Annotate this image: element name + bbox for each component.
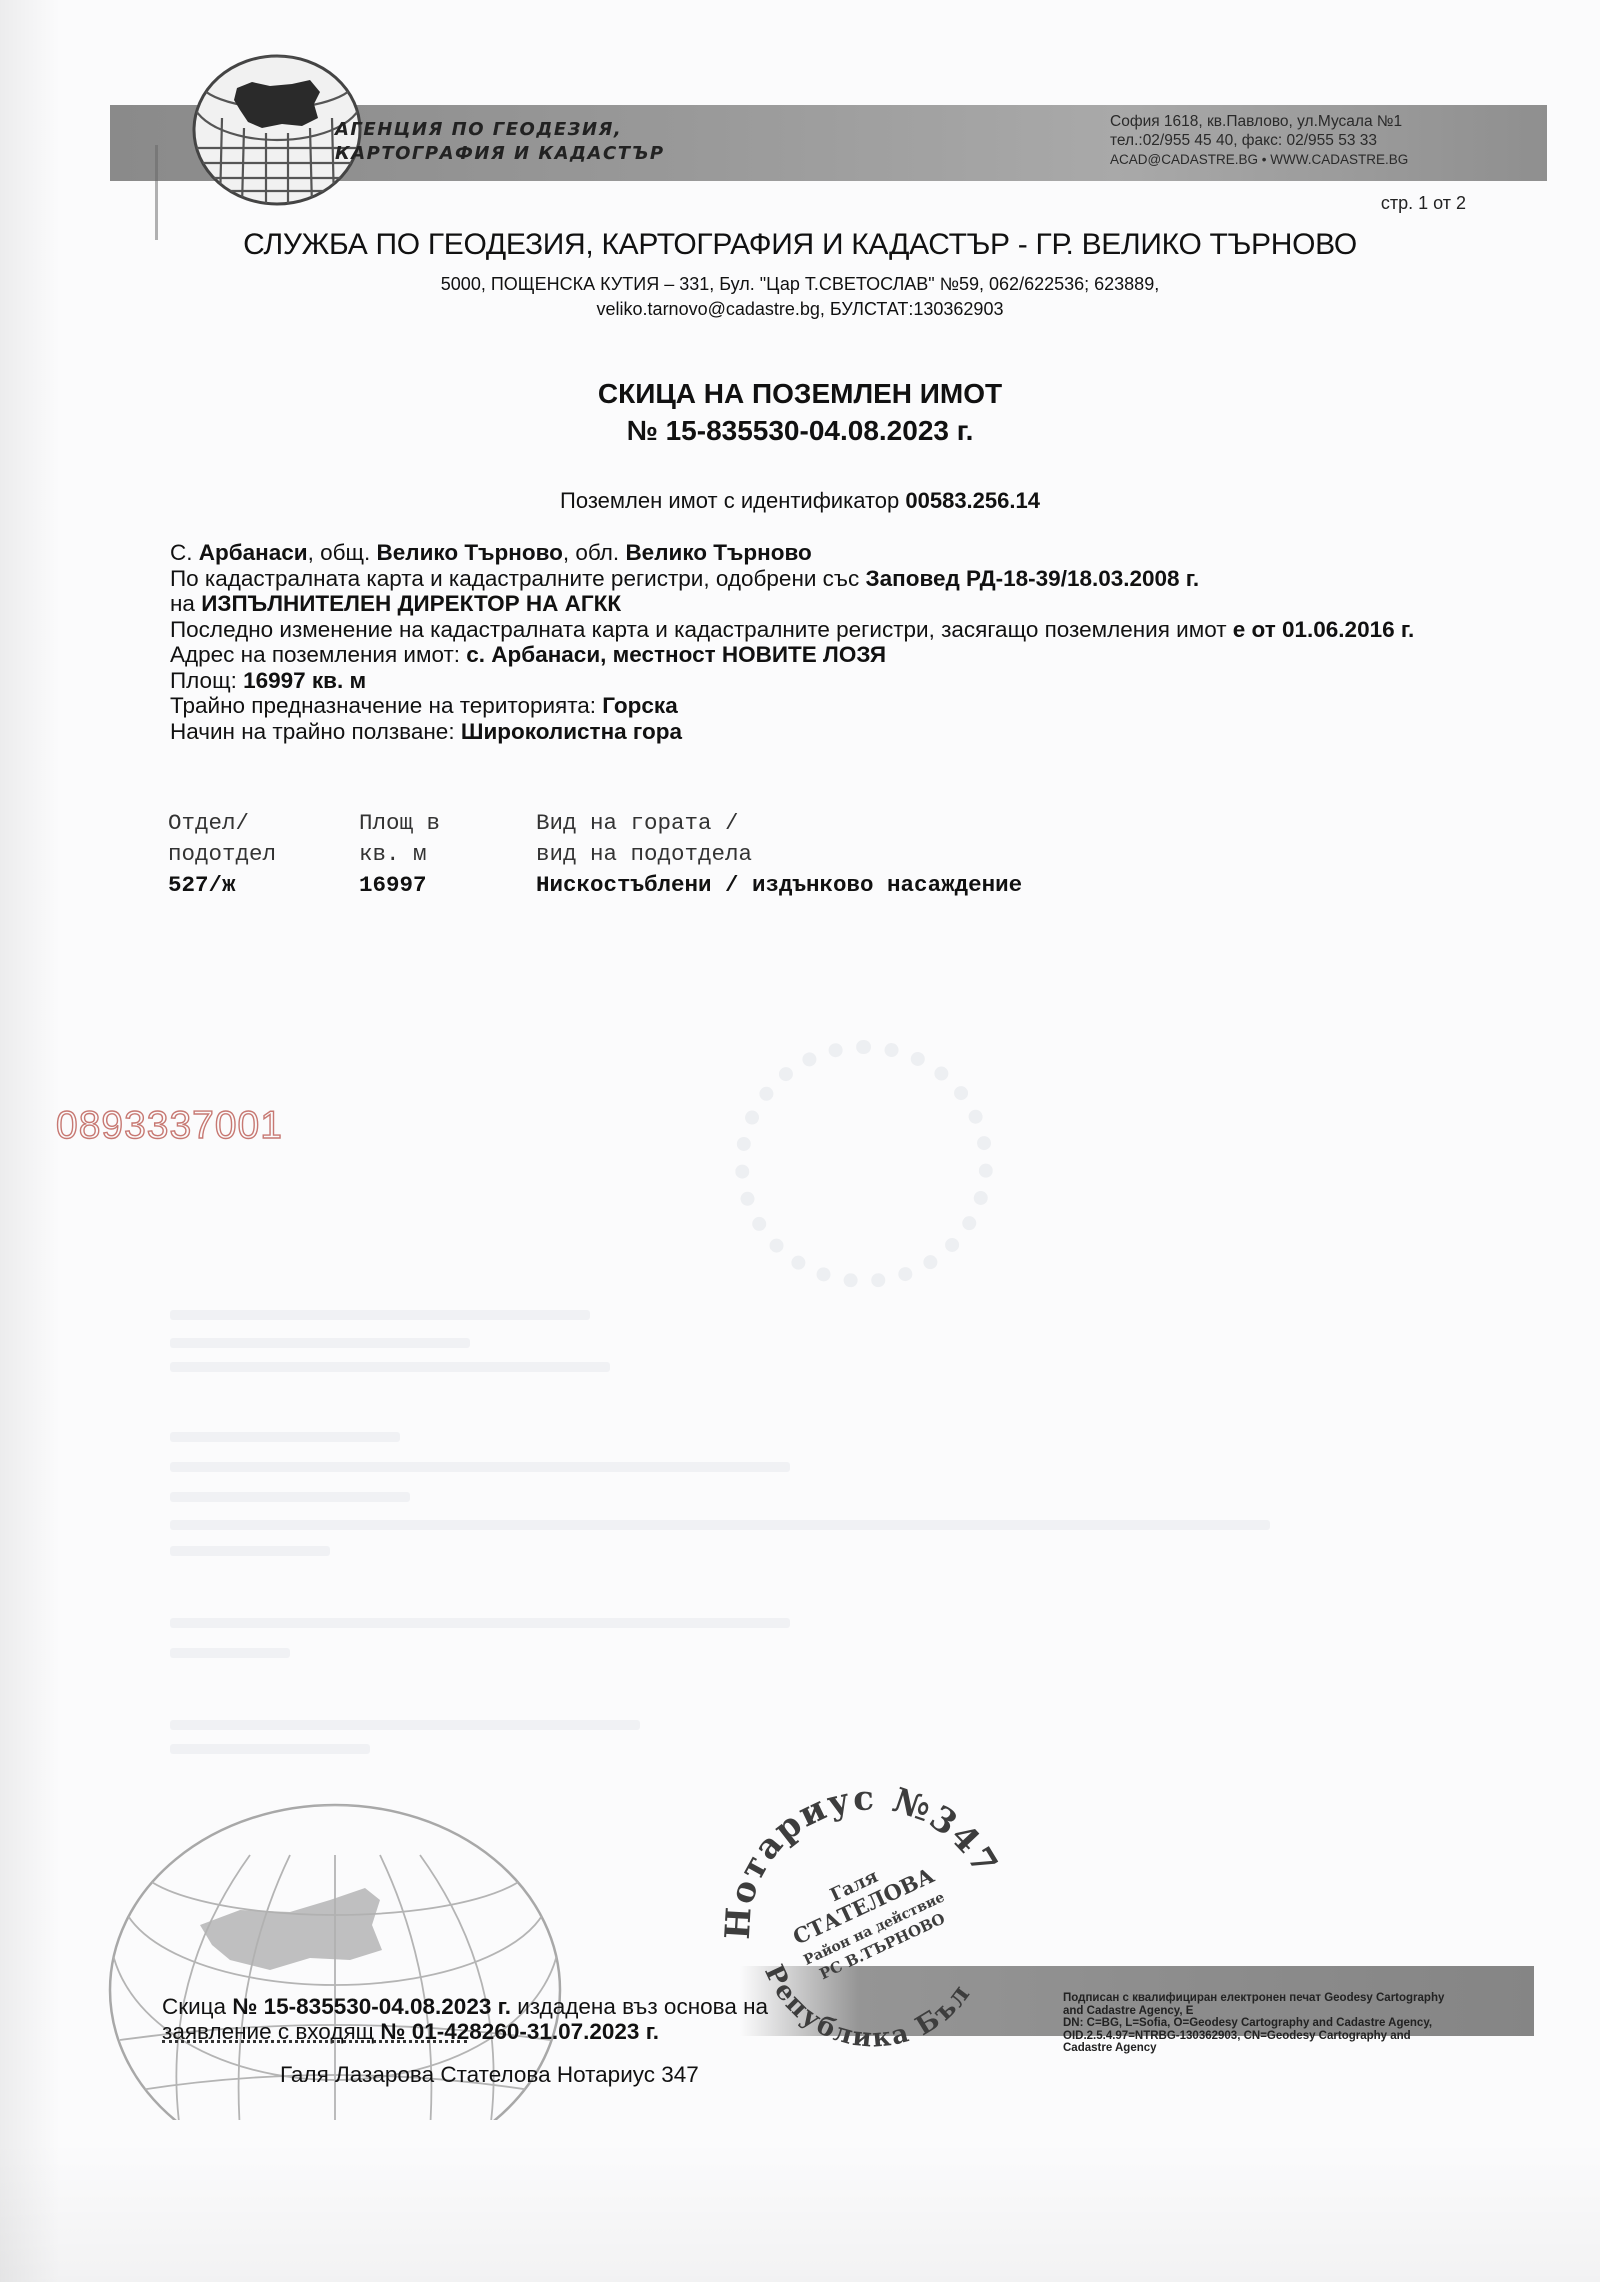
phone-watermark: 0893337001 — [56, 1104, 283, 1148]
last-change-text: Последно изменение на кадастралната карт… — [170, 617, 1233, 642]
agency-phone: тел.:02/955 45 40, факс: 02/955 53 33 — [1110, 131, 1408, 150]
bleed-through-line — [170, 1744, 370, 1754]
purpose-label: Трайно предназначение на територията: — [170, 693, 602, 718]
area-label: Площ: — [170, 668, 243, 693]
last-change-line: Последно изменение на кадастралната карт… — [170, 617, 1490, 643]
identifier-value: 00583.256.14 — [905, 488, 1040, 513]
header-cell: кв. м — [359, 839, 536, 870]
agency-name-line1: Агенция по геодезия, — [335, 118, 665, 142]
document-page: Агенция по геодезия, картография и кадас… — [0, 0, 1600, 2282]
esign-line: OID.2.5.4.97=NTRBG-130362903, CN=Geodesy… — [1063, 2030, 1533, 2043]
issue-line: Скица № 15-835530-04.08.2023 г. издадена… — [162, 1994, 768, 2019]
last-change-value: е от 01.06.2016 г. — [1233, 617, 1414, 642]
purpose-line: Трайно предназначение на територията: Го… — [170, 693, 1490, 719]
bleed-through-line — [170, 1546, 330, 1556]
esign-line: DN: C=BG, L=Sofia, O=Geodesy Cartography… — [1063, 2017, 1533, 2030]
bleed-through-line — [170, 1362, 610, 1372]
address-line: Адрес на поземления имот: с. Арбанаси, м… — [170, 642, 1490, 668]
location-line: С. Арбанаси, общ. Велико Търново, обл. В… — [170, 540, 1490, 566]
issue-statement: Скица № 15-835530-04.08.2023 г. издадена… — [162, 1994, 768, 2044]
office-title: СЛУЖБА ПО ГЕОДЕЗИЯ, КАРТОГРАФИЯ И КАДАСТ… — [0, 228, 1600, 262]
header-cell: вид на подотдела — [536, 839, 752, 870]
table-cell-area: 16997 — [359, 870, 536, 901]
approval-by-prefix: на — [170, 591, 201, 616]
bleed-through-line — [170, 1432, 400, 1442]
issue-middle: издадена въз основа на — [511, 1994, 768, 2019]
purpose-value: Горска — [602, 693, 677, 718]
property-details: С. Арбанаси, общ. Велико Търново, обл. В… — [170, 540, 1490, 744]
address-value: с. Арбанаси, местност НОВИТЕ ЛОЗЯ — [466, 642, 886, 667]
bleed-through-line — [170, 1648, 290, 1658]
issue-number: № 15-835530-04.08.2023 г. — [232, 1994, 511, 2019]
agency-web: ACAD@CADASTRE.BG • WWW.CADASTRE.BG — [1110, 150, 1408, 169]
page-number: стр. 1 от 2 — [1381, 193, 1466, 214]
office-address-line1: 5000, ПОЩЕНСКА КУТИЯ – 331, Бул. "Цар Т.… — [0, 272, 1600, 297]
identifier-label: Поземлен имот с идентификатор — [560, 488, 905, 513]
document-title: СКИЦА НА ПОЗЕМЛЕН ИМОТ № 15-835530-04.08… — [0, 375, 1600, 449]
usage-value: Широколистна гора — [461, 719, 682, 744]
agency-contact: София 1618, кв.Павлово, ул.Мусала №1 тел… — [1110, 112, 1408, 169]
esign-line: Подписан с квалифициран електронен печат… — [1063, 1992, 1533, 2005]
header-cell: Вид на гората / — [536, 808, 739, 839]
header-cell: Отдел/ — [168, 808, 359, 839]
agency-name: Агенция по геодезия, картография и кадас… — [335, 118, 665, 166]
forest-table: Отдел/ Площ в Вид на гората / подотдел к… — [168, 808, 1022, 901]
notary-name: Галя Лазарова Стателова Нотариус 347 — [280, 2062, 699, 2088]
esign-line: Cadastre Agency — [1063, 2042, 1533, 2055]
bleed-through-line — [170, 1462, 790, 1472]
agency-name-line2: картография и кадастър — [335, 142, 665, 166]
issue-prefix: Скица — [162, 1994, 232, 2019]
table-cell-subdivision: 527/ж — [168, 870, 359, 901]
approval-by: ИЗПЪЛНИТЕЛЕН ДИРЕКТОР НА АГКК — [201, 591, 621, 616]
table-header-row: подотдел кв. м вид на подотдела — [168, 839, 1022, 870]
office-address-line2: veliko.tarnovo@cadastre.bg, БУЛСТАТ:1303… — [0, 297, 1600, 322]
bleed-through-line — [170, 1310, 590, 1320]
region-prefix: , обл. — [563, 540, 626, 565]
approval-text: По кадастралната карта и кадастралните р… — [170, 566, 866, 591]
bleed-through-line — [170, 1338, 470, 1348]
scan-shadow — [0, 0, 60, 2282]
table-header-row: Отдел/ Площ в Вид на гората / — [168, 808, 1022, 839]
agency-address: София 1618, кв.Павлово, ул.Мусала №1 — [1110, 112, 1408, 131]
document-title-text: СКИЦА НА ПОЗЕМЛЕН ИМОТ — [0, 375, 1600, 412]
document-number: № 15-835530-04.08.2023 г. — [0, 412, 1600, 449]
office-address: 5000, ПОЩЕНСКА КУТИЯ – 331, Бул. "Цар Т.… — [0, 272, 1600, 322]
bleed-through-line — [170, 1618, 790, 1628]
binder-mark — [155, 145, 158, 240]
scan-shadow-bottom — [0, 2140, 1600, 2282]
area-value: 16997 кв. м — [243, 668, 366, 693]
property-identifier: Поземлен имот с идентификатор 00583.256.… — [0, 488, 1600, 514]
table-row: 527/ж 16997 Нискостъблени / издънково на… — [168, 870, 1022, 901]
table-cell-forest-type: Нискостъблени / издънково насаждение — [536, 870, 1022, 901]
usage-label: Начин на трайно ползване: — [170, 719, 461, 744]
electronic-seal-info: Подписан с квалифициран електронен печат… — [1063, 1992, 1533, 2055]
area-line: Площ: 16997 кв. м — [170, 668, 1490, 694]
bleed-through-line — [170, 1492, 410, 1502]
bleed-through-line — [170, 1520, 1270, 1530]
bleed-through-stamp — [735, 1040, 993, 1288]
usage-line: Начин на трайно ползване: Широколистна г… — [170, 719, 1490, 745]
approval-by-line: на ИЗПЪЛНИТЕЛЕН ДИРЕКТОР НА АГКК — [170, 591, 1490, 617]
address-label: Адрес на поземления имот: — [170, 642, 466, 667]
header-cell: подотдел — [168, 839, 359, 870]
signature-line — [162, 2040, 467, 2043]
region: Велико Търново — [625, 540, 811, 565]
municipality-prefix: , общ. — [308, 540, 377, 565]
village: Арбанаси — [199, 540, 308, 565]
village-prefix: С. — [170, 540, 199, 565]
header-cell: Площ в — [359, 808, 536, 839]
esign-line: and Cadastre Agency, E — [1063, 2005, 1533, 2018]
municipality: Велико Търново — [377, 540, 563, 565]
approval-line: По кадастралната карта и кадастралните р… — [170, 566, 1490, 592]
approval-order: Заповед РД-18-39/18.03.2008 г. — [866, 566, 1200, 591]
bleed-through-line — [170, 1720, 640, 1730]
